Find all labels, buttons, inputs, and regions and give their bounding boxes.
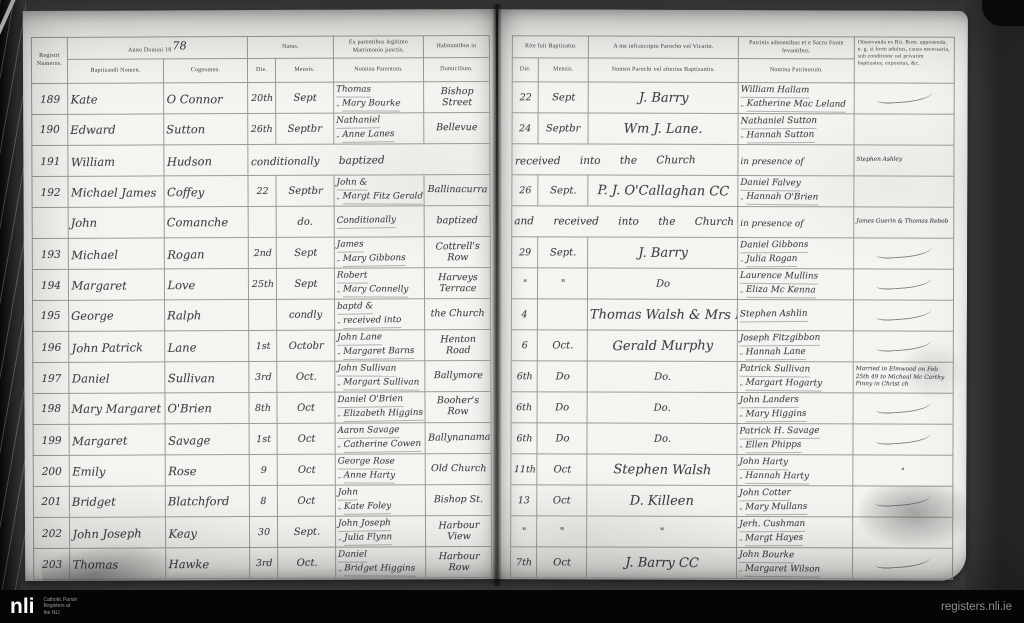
ditto-mark: „	[740, 379, 743, 387]
baptism-record-row: 11thOctStephen WalshJohn Harty„Hannah Ha…	[511, 454, 953, 487]
surname: O Connor	[164, 83, 248, 114]
mother-name-text: Mary Bourke	[342, 98, 400, 111]
minister-name: Do.	[587, 392, 737, 424]
mother-name: „Mary Bourke	[336, 97, 421, 111]
father-name: Thomas	[336, 83, 421, 97]
ditto-mark: „	[337, 286, 340, 294]
witness-note: in presence of	[738, 207, 854, 238]
caption-line: the NLI	[44, 610, 78, 617]
sponsor1-name: Daniel Gibbons	[740, 239, 851, 253]
sponsor1-name: Daniel Falvey	[740, 177, 851, 191]
observation-note	[853, 269, 953, 300]
sponsor2-name: „Hannah Sutton	[741, 129, 852, 143]
domicile: Booher's Row	[425, 391, 491, 422]
baptized-name: Margaret	[68, 269, 164, 300]
received-into-church-note: received into the Church	[512, 143, 738, 176]
parents-names: George Rose„Anne Harty	[335, 454, 425, 485]
birth-month: Oct	[277, 423, 335, 455]
sponsor2-name-text: Margaret Wilson	[745, 564, 820, 578]
birth-month: Oct.	[277, 361, 335, 392]
surname: Blatchford	[165, 486, 249, 517]
sponsor1-name: John Harty	[739, 456, 850, 470]
birth-month: Septbr	[276, 113, 334, 144]
mother-name-text: Anne Lanes	[342, 129, 394, 143]
domicile: the Church	[425, 298, 491, 329]
baptism-day: 7th	[510, 547, 536, 578]
sponsor2-name-text: Julia Rogan	[746, 254, 797, 267]
father-name: John	[338, 486, 423, 500]
ditto-mark: „	[741, 131, 744, 139]
birth-day: 2nd	[248, 237, 276, 268]
nli-logo-caption: Catholic Parish Registers at the NLI	[44, 597, 78, 617]
ditto-mark: „	[739, 472, 742, 480]
scan-background: Registri Numerus. Anno Domini 1878 Natus…	[0, 0, 1024, 590]
register-number	[32, 207, 68, 238]
ditto-mark: „	[337, 255, 340, 263]
minister-name: Stephen Walsh	[587, 453, 737, 486]
register-number: 192	[32, 176, 68, 207]
header-baptizandi-nomen: Baptizandi Nomen.	[67, 59, 163, 83]
domicile: Harveys Terrace	[424, 268, 490, 299]
minister-name: D. Killeen	[587, 485, 737, 517]
baptized-name: John Patrick	[68, 330, 164, 362]
domicile: Bishop Street	[424, 82, 490, 113]
baptism-record-row: 6thDoDo.Patrick Sullivan„Margart Hogarty…	[511, 361, 953, 394]
ditto-mark: „	[338, 410, 341, 418]
birth-month: Sept	[276, 268, 334, 299]
ditto-mark: „	[739, 565, 742, 573]
baptism-entry-row: JohnComanchedo.Conditionallybaptized	[32, 205, 490, 238]
father-name-text: John	[338, 488, 358, 501]
father-name-text: Aaron Savage	[338, 425, 400, 439]
father-name-text: Nathaniel	[336, 115, 380, 129]
header-nomen-parochi: Nomen Parochi vel alterius Baptizantis.	[588, 58, 738, 83]
domicile: Ballinacurra	[424, 175, 490, 206]
father-name-text: John Joseph	[338, 518, 391, 532]
ditto-mark: „	[740, 286, 743, 294]
header-mensis: Mensis.	[275, 58, 333, 82]
father-name: Daniel	[338, 548, 423, 562]
minister-name: Do	[587, 267, 737, 300]
sponsor1-name: William Hallam	[741, 84, 852, 98]
sponsor1-name-text: John Harty	[739, 457, 788, 470]
sponsor1-name-text: William Hallam	[741, 85, 810, 99]
sponsor2-name: „Margaret Wilson	[739, 563, 850, 577]
domicile: Harbour View	[425, 515, 491, 547]
sponsor2-name: „Julia Rogan	[740, 253, 851, 267]
register-number: 197	[33, 362, 69, 393]
birth-day: 22	[248, 175, 276, 206]
sponsor2-name: „Hannah Lane	[740, 346, 851, 360]
sponsor1-name: Laurence Mullins	[740, 270, 851, 284]
domicile: baptized	[424, 205, 490, 236]
flourish-dash	[874, 556, 931, 570]
ditto-mark: „	[739, 534, 742, 542]
baptized-name: Mary Margaret	[69, 393, 165, 424]
domicile: Old Church	[425, 454, 491, 485]
baptized-name: Emily	[69, 455, 165, 486]
sponsor2-name-text: Katherine Mac Leland	[747, 99, 846, 113]
anno-domini-label: Anno Domini 18	[128, 47, 171, 53]
surname: Ralph	[165, 300, 249, 331]
baptism-record-row: 7thOctJ. Barry CCJohn Bourke„Margaret Wi…	[511, 547, 953, 580]
sponsor1-name: Jerh. Cushman	[739, 518, 850, 532]
baptism-record-row: 6Oct.Gerald MurphyJoseph Fitzgibbon„Hann…	[511, 330, 953, 363]
father-name: baptd &	[337, 300, 422, 314]
birth-month: Sept.	[277, 516, 335, 548]
sponsor2-name: „Ellen Phipps	[739, 439, 850, 453]
baptism-entry-row: 189KateO Connor20thSeptThomas„Mary Bourk…	[32, 81, 490, 114]
father-name-text: John Sullivan	[337, 364, 396, 377]
domicile: Harbour Row	[426, 547, 492, 578]
baptism-entry-row: 200EmilyRose9OctGeorge Rose„Anne HartyOl…	[33, 453, 491, 486]
parents-names: Nathaniel„Anne Lanes	[334, 113, 424, 144]
sponsors-names: Daniel Falvey„Hannah O'Brien	[738, 176, 854, 207]
minister-name: J. Barry	[588, 81, 738, 114]
father-name: Daniel O'Brien	[337, 393, 422, 407]
father-name-text: Robert	[337, 271, 368, 284]
birth-day: 25th	[248, 268, 276, 299]
baptism-day: "	[511, 268, 537, 299]
parents-names: Daniel O'Brien„Elizabeth Higgins	[335, 392, 425, 423]
baptism-month: "	[537, 516, 587, 547]
flourish-dash	[875, 339, 932, 353]
baptism-entry-row: 190EdwardSutton26thSeptbrNathaniel„Anne …	[32, 112, 490, 145]
mother-name: „received into	[337, 314, 422, 328]
ditto-mark: „	[338, 503, 341, 511]
mother-name: „Kate Foley	[338, 500, 423, 514]
sponsor2-name-text: Hannah O'Brien	[746, 192, 818, 206]
father-name-text: Thomas	[336, 85, 371, 98]
register-number: 203	[34, 548, 70, 579]
birth-month: condly	[277, 299, 335, 330]
header-registri-numerus: Registri Numerus.	[31, 37, 67, 83]
sponsors-names: John Harty„Hannah Harty	[737, 455, 853, 486]
ditto-mark: „	[740, 255, 743, 263]
baptism-record-row: 13OctD. KilleenJohn Cotter„Mary Mullans	[511, 485, 953, 518]
baptism-month: Do	[537, 392, 587, 423]
mother-name: „Julia Flynn	[338, 531, 423, 545]
birth-day: 30	[249, 516, 277, 547]
register-right-page: Rite fuit Baptizatus A me infrascripto P…	[496, 9, 968, 581]
sponsor2-name: „Hannah Harty	[739, 470, 850, 484]
baptism-entry-row: 199MargaretSavage1stOctAaron Savage„Cath…	[33, 422, 491, 455]
father-name-text: Daniel O'Brien	[337, 394, 403, 408]
ditto-mark: „	[337, 348, 340, 356]
sponsor1-name-text: Jerh. Cushman	[739, 519, 805, 532]
birth-day: 1st	[249, 423, 277, 454]
flourish-dash	[875, 494, 932, 508]
sponsors-names: Jerh. Cushman„Margt Hayes	[737, 517, 853, 548]
header-natus: Natus.	[247, 36, 333, 58]
mother-name-text: Margaret Barns	[343, 346, 414, 360]
flourish-dash	[875, 277, 932, 291]
parents-names: Robert„Mary Connelly	[334, 268, 424, 299]
father-name: Nathaniel	[336, 114, 421, 128]
baptism-month: Sept	[538, 82, 588, 114]
birth-month: Octobr	[276, 330, 334, 362]
mother-name-text: Margart Sullivan	[343, 377, 419, 390]
parents-names: Conditionally	[334, 206, 424, 237]
parents-names: John„Kate Foley	[335, 485, 425, 516]
surname: Savage	[165, 423, 249, 455]
observation-note	[854, 176, 954, 207]
sponsor1-name: Patrick Sullivan	[740, 363, 851, 377]
surname: Keay	[165, 516, 249, 548]
ditto-mark: „	[336, 131, 339, 139]
header-rite-fuit: Rite fuit Baptizatus	[512, 36, 588, 58]
father-name: John Sullivan	[337, 362, 422, 376]
left-register-rows: 189KateO Connor20thSeptThomas„Mary Bourk…	[32, 81, 492, 579]
surname: Hawke	[166, 548, 250, 579]
parents-names: James„Mary Gibbons	[334, 237, 424, 268]
father-name-text: John &	[337, 178, 368, 191]
minister-name: J. Barry	[588, 237, 738, 269]
baptism-record-row: 4Thomas Walsh & Mrs Mary CurranStephen A…	[511, 299, 953, 332]
father-name-text: George Rose	[338, 457, 395, 470]
right-register-table: Rite fuit Baptizatus A me infrascripto P…	[510, 35, 955, 580]
baptism-record-row: 6thDoDo.John Landers„Mary Higgins	[511, 392, 953, 425]
father-name-text: baptd &	[337, 301, 374, 314]
baptism-month: "	[537, 268, 587, 300]
father-name: George Rose	[338, 455, 423, 469]
observation-note	[853, 331, 953, 362]
baptized-name: Michael James	[68, 176, 164, 207]
sponsor1-name-text: Nathaniel Sutton	[741, 116, 818, 130]
header-observanda: Observanda ex Rit. Rom. apponenda, e. g.…	[854, 37, 954, 83]
mother-name-text: Bridget Higgins	[344, 563, 415, 576]
sponsor1-name-text: Daniel Gibbons	[740, 240, 808, 253]
register-number: 193	[32, 238, 68, 270]
baptism-record-row: 29Sept.J. BarryDaniel Gibbons„Julia Roga…	[512, 237, 954, 270]
baptism-entry-row: 191WilliamHudsonconditionally baptized	[32, 143, 490, 176]
mother-name-text: Elizabeth Higgins	[344, 408, 424, 422]
parents-names: Aaron Savage„Catherine Cowen	[335, 423, 425, 454]
observation-note-text: Stephen Ashley	[856, 157, 951, 165]
mother-name-text: Mary Gibbons	[343, 253, 406, 267]
minister-name: Wm J. Lane.	[588, 113, 738, 145]
birth-month: Septbr	[276, 175, 334, 206]
sponsor2-name: „Hannah O'Brien	[740, 191, 851, 205]
surname: O'Brien	[165, 393, 249, 424]
minister-name: Do.	[587, 423, 737, 455]
baptism-month: Do	[537, 423, 587, 454]
register-number: 198	[33, 393, 69, 424]
baptized-name: John Joseph	[69, 516, 165, 548]
sponsor2-name-text: Hannah Harty	[745, 471, 809, 485]
ditto-mark: „	[336, 100, 339, 108]
sponsor2-name: „Eliza Mc Kenna	[740, 284, 851, 298]
baptism-entry-row: 192Michael JamesCoffey22SeptbrJohn &„Mar…	[32, 174, 490, 207]
parents-names: Thomas„Mary Bourke	[334, 82, 424, 113]
sponsors-names: Daniel Gibbons„Julia Rogan	[738, 238, 854, 269]
register-number: 189	[32, 83, 68, 114]
sponsor1-name: Nathaniel Sutton	[741, 115, 852, 129]
baptism-entry-row: 193MichaelRogan2ndSeptJames„Mary Gibbons…	[32, 236, 490, 269]
mother-name-text: Mary Connelly	[343, 284, 408, 297]
observation-note	[853, 393, 953, 424]
birth-month: Oct.	[278, 547, 336, 578]
baptized-name: Michael	[68, 237, 164, 269]
observation-note	[854, 114, 954, 145]
site-url-text: registers.nli.ie	[941, 601, 1012, 613]
parents-names: John &„Margt Fitz Gerald	[334, 175, 424, 206]
baptism-month: Do	[537, 361, 587, 393]
birth-day: 1st	[248, 330, 276, 361]
baptized-name: Edward	[68, 114, 164, 145]
header-patrinis: Patrinis adstantibus et e Sacro Fonte le…	[738, 37, 854, 59]
sponsors-names: Nathaniel Sutton„Hannah Sutton	[738, 114, 854, 145]
sponsor2-name: „Mary Higgins	[740, 408, 851, 422]
domicile: Bishop St.	[425, 484, 491, 515]
sponsor1-name-text: John Cotter	[739, 488, 791, 501]
mother-name: „Mary Gibbons	[337, 252, 422, 266]
ditto-mark: „	[740, 348, 743, 356]
flourish-dash	[876, 91, 933, 105]
baptism-month: Oct	[537, 454, 587, 486]
surname: Rose	[165, 455, 249, 486]
sponsor1-name-text: Stephen Ashlin	[740, 309, 808, 322]
observation-note	[853, 486, 953, 517]
ditto-mark: „	[337, 317, 340, 325]
minister-name: Do.	[587, 360, 737, 393]
baptism-month: Oct	[537, 485, 587, 516]
observation-note	[853, 300, 953, 331]
sponsor1-name: John Cotter	[739, 487, 850, 501]
surname: Love	[164, 269, 248, 300]
viewer-footer-bar: nli Catholic Parish Registers at the NLI…	[0, 590, 1024, 623]
ditto-mark: „	[739, 503, 742, 511]
father-name-text: James	[337, 240, 364, 253]
father-name: John Joseph	[338, 517, 423, 531]
ditto-mark: „	[338, 565, 341, 573]
ditto-mark: „	[741, 100, 744, 108]
mother-name: „Anne Harty	[338, 469, 423, 483]
sponsor1-name-text: Daniel Falvey	[740, 178, 800, 192]
register-number: 191	[32, 145, 68, 177]
parents-names: Daniel„Bridget Higgins	[336, 547, 426, 578]
sponsor1-name: John Bourke	[739, 549, 850, 563]
birth-month: Oct	[277, 485, 335, 516]
header-mensis-right: Mensis.	[538, 58, 588, 82]
baptism-record-row: """Jerh. Cushman„Margt Hayes	[511, 516, 953, 549]
mother-name-text: Julia Flynn	[344, 532, 392, 546]
sponsor2-name-text: Margart Hogarty	[746, 378, 823, 392]
minister-name: P. J. O'Callaghan CC	[588, 174, 738, 207]
father-name-text: John Lane	[337, 332, 382, 346]
parents-names: John Joseph„Julia Flynn	[335, 516, 425, 547]
received-into-church-note: and received into the Church	[512, 206, 738, 238]
baptism-entry-row: 198Mary MargaretO'Brien8thOctDaniel O'Br…	[33, 391, 491, 424]
baptism-day: 22	[512, 82, 538, 113]
nli-logo: nli	[10, 596, 35, 617]
baptism-entry-row: 201BridgetBlatchford8OctJohn„Kate FoleyB…	[33, 484, 491, 517]
birth-day: 8	[249, 485, 277, 516]
father-name-text: Conditionally	[337, 215, 397, 229]
baptized-name: Thomas	[70, 548, 166, 579]
minister-name: "	[587, 516, 737, 548]
flourish-dash	[875, 401, 932, 415]
parents-names: John Lane„Margaret Barns	[335, 330, 425, 361]
surname: Sutton	[164, 114, 248, 145]
sponsor1-name-text: John Landers	[740, 395, 799, 408]
baptism-entry-row: 203ThomasHawke3rdOct.Daniel„Bridget Higg…	[34, 546, 492, 579]
flourish-dash	[875, 308, 932, 322]
header-habitantibus: Habitantibus in	[423, 35, 489, 57]
book-spine-edge	[0, 0, 26, 590]
baptism-day: 6th	[511, 392, 537, 423]
birth-day: 26th	[248, 113, 276, 144]
observation-note-text: James Guerin & Thomas Rebob	[856, 219, 951, 227]
baptism-entry-row: 195GeorgeRalphcondlybaptd &„received int…	[33, 298, 491, 331]
register-number: 202	[33, 517, 69, 549]
parents-names: baptd &„received into	[335, 299, 425, 330]
mother-name: „Margt Fitz Gerald	[337, 190, 422, 204]
header-nomina-parentum: Nomina Parentum.	[333, 58, 423, 82]
minister-name: Thomas Walsh & Mrs Mary Curran	[587, 299, 737, 331]
observation-note: James Guerin & Thomas Rebob	[854, 207, 954, 238]
sponsor1-name-text: Patrick H. Savage	[739, 426, 819, 439]
mother-name: „Elizabeth Higgins	[338, 407, 423, 421]
sponsor1-name: Joseph Fitzgibbon	[740, 332, 851, 346]
birth-month: Oct	[277, 392, 335, 423]
birth-day: 3rd	[250, 547, 278, 578]
sponsor2-name-text: Mary Higgins	[746, 409, 807, 422]
sponsor2-name: „Margart Hogarty	[740, 377, 851, 391]
baptism-day: 6	[511, 330, 537, 361]
baptism-day: 29	[512, 237, 538, 268]
sponsors-names: John Cotter„Mary Mullans	[737, 486, 853, 517]
father-name: John Lane	[337, 331, 422, 345]
mother-name-text: received into	[343, 315, 401, 329]
baptism-day: 4	[511, 299, 537, 330]
baptism-entry-row: 194MargaretLove25thSeptRobert„Mary Conne…	[32, 267, 490, 300]
baptism-entry-row: 202John JosephKeay30Sept.John Joseph„Jul…	[33, 515, 491, 548]
surname: Coffey	[164, 176, 248, 207]
register-number: 200	[33, 455, 69, 486]
baptism-month: Sept.	[538, 175, 588, 207]
birth-day	[249, 299, 277, 330]
baptism-record-row: ""DoLaurence Mullins„Eliza Mc Kenna	[511, 268, 953, 301]
surname: Hudson	[164, 144, 248, 176]
mother-name: „Margaret Barns	[337, 345, 422, 359]
baptism-record-row: received into the Churchin presence ofSt…	[512, 144, 954, 177]
anno-domini-year-handwritten: 78	[172, 39, 186, 52]
minister-name: J. Barry CC	[586, 546, 736, 579]
surname: Lane	[164, 330, 248, 362]
birth-month: Sept	[276, 82, 334, 113]
baptism-day: 6th	[511, 361, 537, 392]
birth-day	[248, 206, 276, 237]
register-number: 194	[32, 269, 68, 300]
sponsor1-name-text: Laurence Mullins	[740, 271, 818, 285]
domicile: Ballymore	[425, 361, 491, 392]
baptism-day: 11th	[511, 454, 537, 485]
domicile: Henton Road	[425, 329, 491, 361]
ditto-mark: „	[740, 193, 743, 201]
father-name: Robert	[337, 269, 422, 283]
mother-name-text: Anne Harty	[344, 470, 395, 483]
mother-name-text: Margt Fitz Gerald	[343, 191, 423, 204]
baptism-month: Sept.	[538, 237, 588, 268]
baptism-month	[537, 299, 587, 330]
scan-right-background	[965, 0, 1024, 590]
baptism-day: 24	[512, 113, 538, 144]
domicile: Ballynanama	[425, 422, 491, 454]
birth-day: 8th	[249, 392, 277, 423]
minister-name: Gerald Murphy	[587, 330, 737, 362]
baptism-record-row: and received into the Churchin presence …	[512, 206, 954, 239]
